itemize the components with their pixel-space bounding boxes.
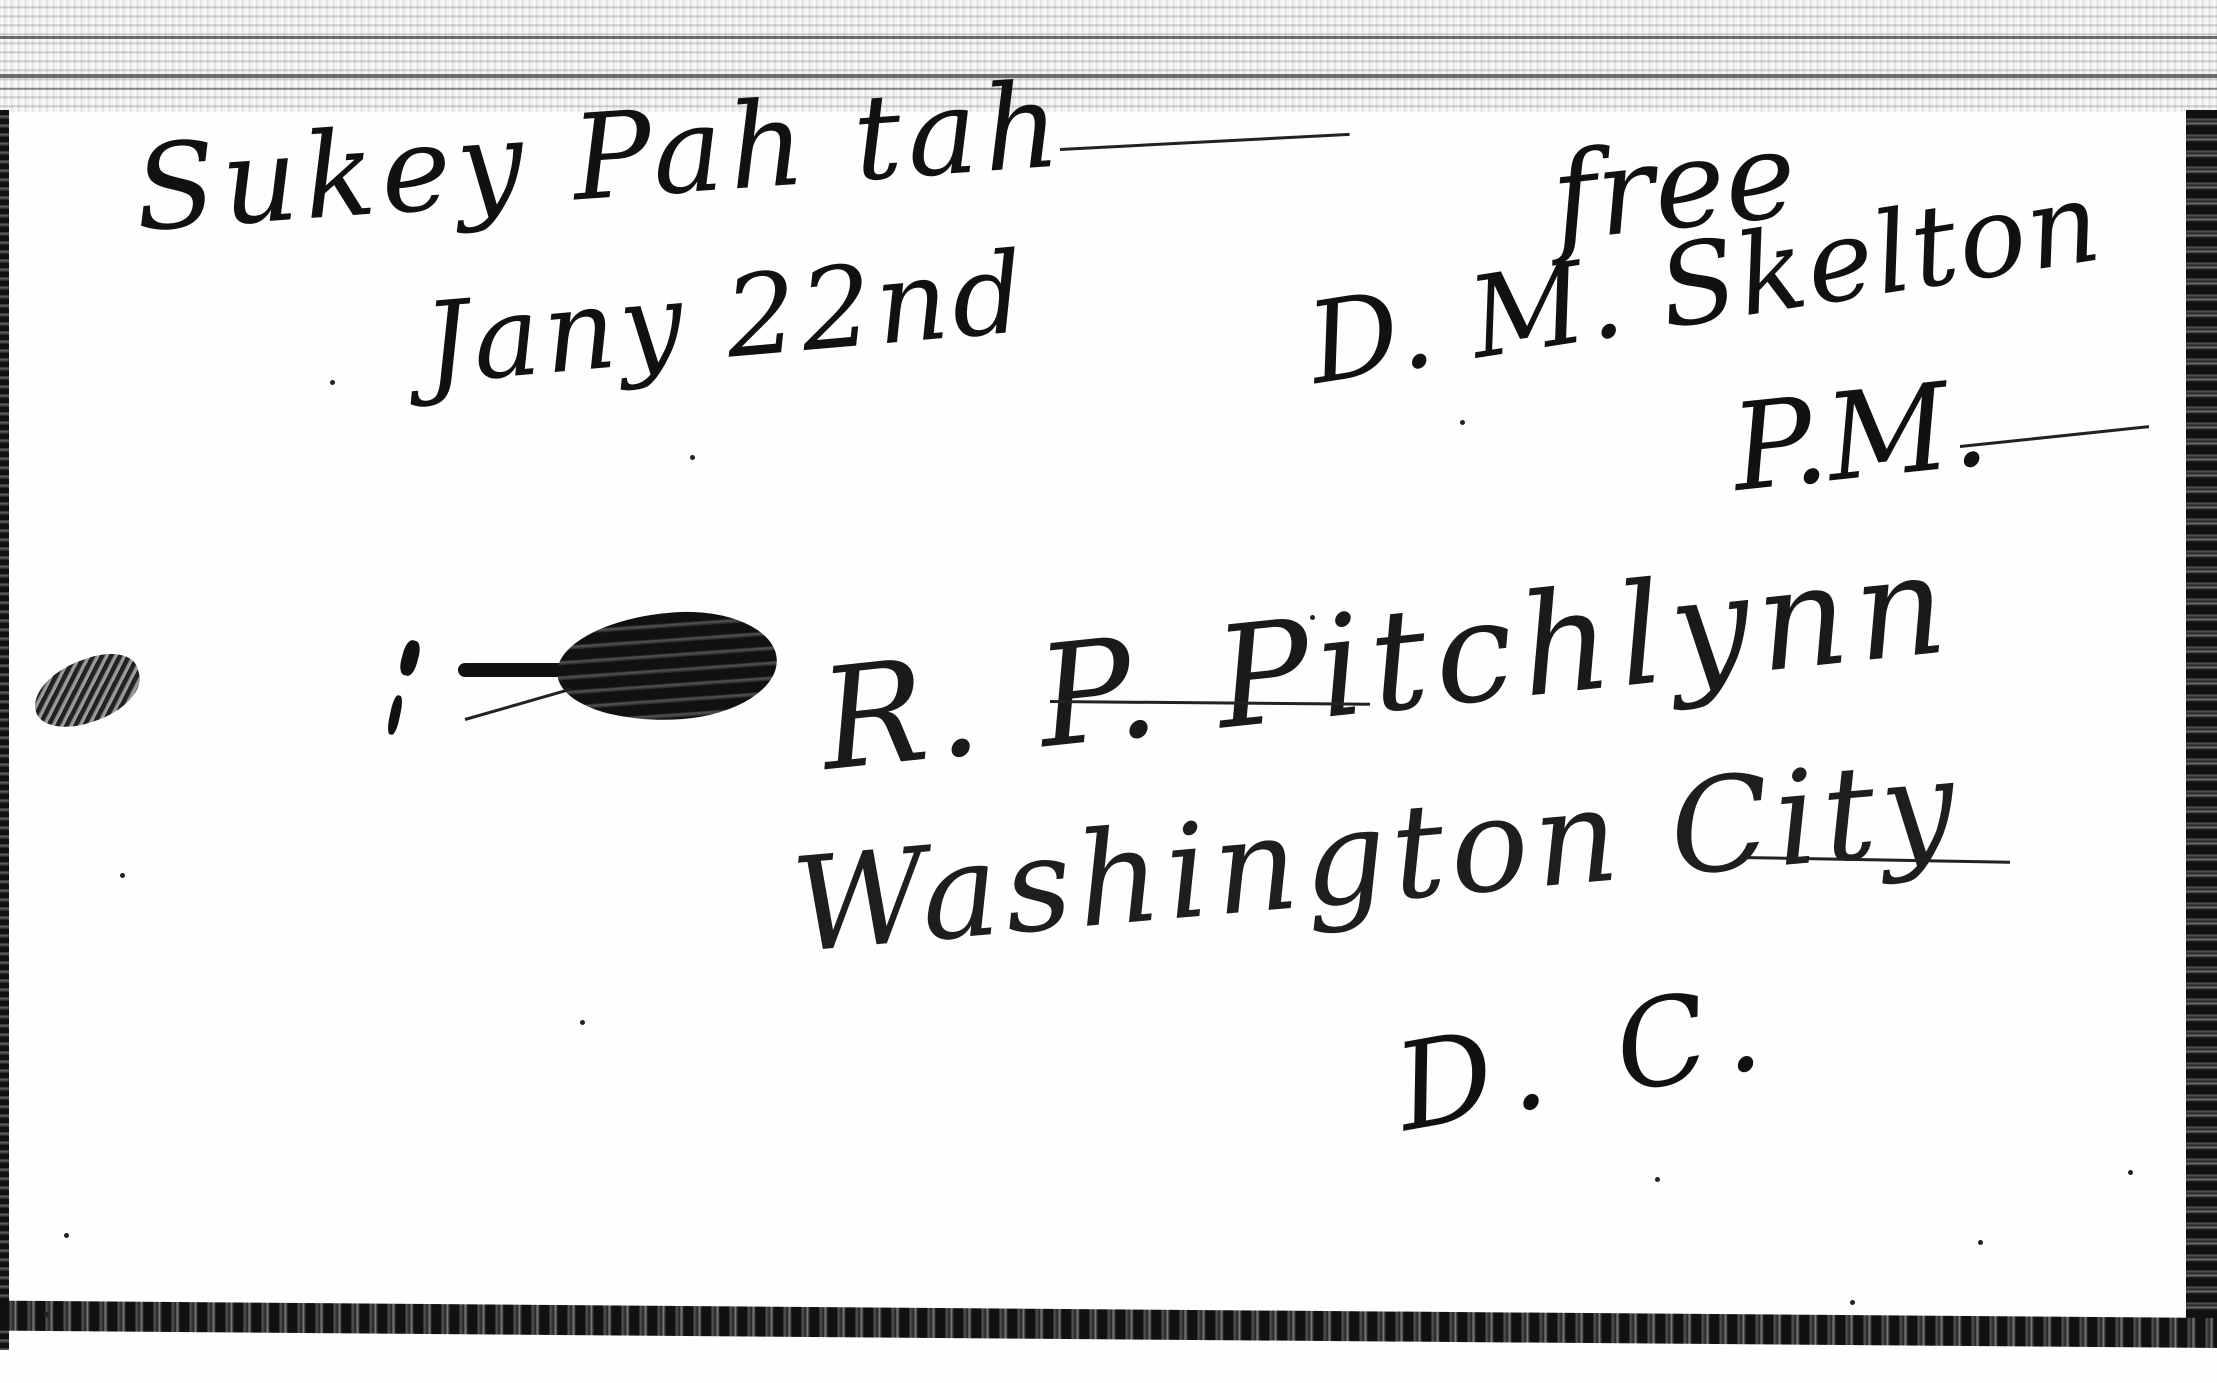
- pen-stroke: [465, 688, 572, 721]
- ink-blot: [554, 605, 781, 727]
- ink-blot-tail: [458, 663, 568, 677]
- scan-noise-top: [0, 0, 2217, 112]
- scanned-envelope: Sukey Pah tah free Jany 22nd D. M. Skelt…: [0, 0, 2217, 1383]
- ink-speck: [690, 455, 695, 460]
- ink-speck: [64, 1233, 69, 1238]
- ink-stain-small: [25, 645, 149, 738]
- scan-noise-line: [0, 74, 2217, 78]
- scan-border-left: [0, 110, 9, 1350]
- ink-speck: [2128, 1170, 2133, 1175]
- addressee-district: D. C.: [1386, 955, 1788, 1159]
- ink-speck: [1850, 1300, 1855, 1305]
- ink-speck: [1655, 1177, 1660, 1182]
- ink-speck: [330, 380, 335, 385]
- ink-speck: [44, 1312, 49, 1317]
- underline-stroke: [1060, 133, 1350, 151]
- ink-speck: [1310, 615, 1315, 620]
- ink-mark: [386, 694, 404, 735]
- ink-mark: [398, 639, 423, 678]
- scan-border-bottom: [0, 1301, 2217, 1348]
- scan-noise-line: [0, 88, 2217, 90]
- ink-speck: [120, 873, 125, 878]
- ink-speck: [580, 1020, 585, 1025]
- ink-speck: [1978, 1240, 1983, 1245]
- date-line: Jany 22nd: [419, 228, 1033, 410]
- scan-noise-line: [0, 36, 2217, 39]
- scan-border-right: [2186, 110, 2217, 1335]
- postmaster-title: P.M.: [1725, 354, 1994, 519]
- ink-speck: [1460, 420, 1465, 425]
